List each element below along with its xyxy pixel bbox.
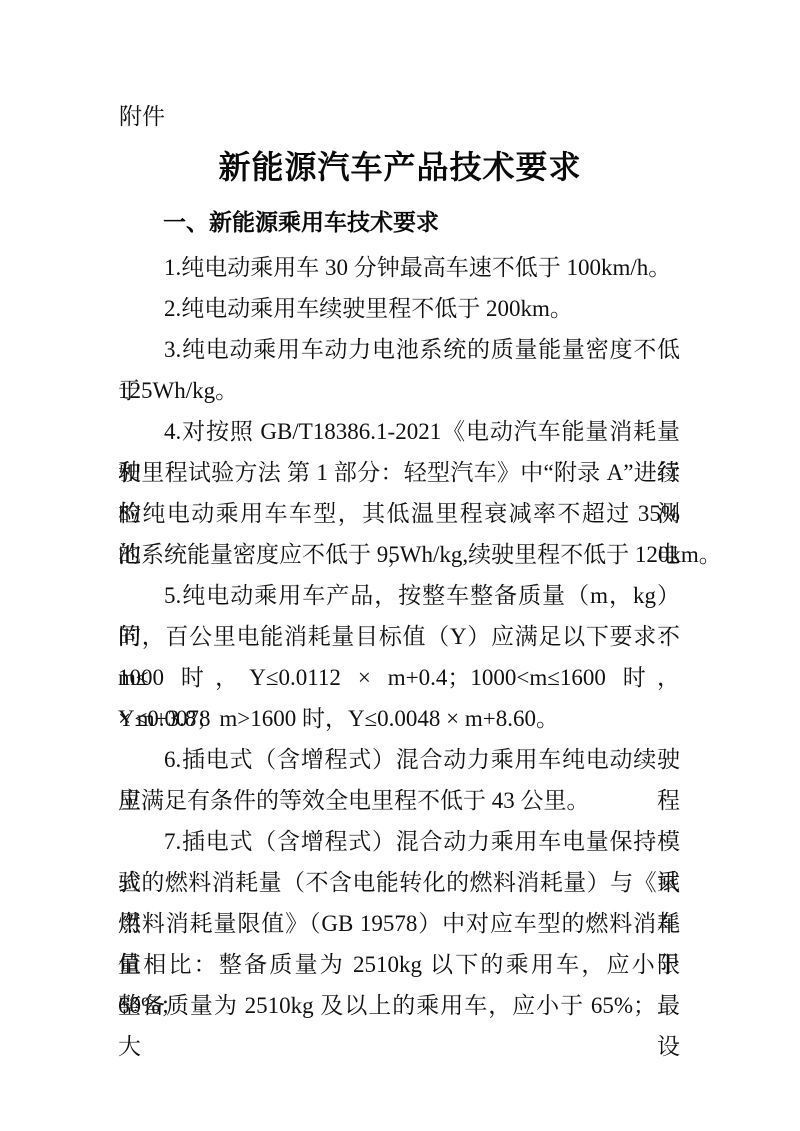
paragraph-6-line-1: 6.插电式（含增程式）混合动力乘用车纯电动续驶里程 [118, 739, 680, 780]
paragraph-7-line-1: 7.插电式（含增程式）混合动力乘用车电量保持模式试 [118, 821, 680, 862]
paragraph-7-line-3: 燃料消耗量限值》（GB 19578）中对应车型的燃料消耗量限 [118, 903, 680, 944]
document-page: 附件 新能源汽车产品技术要求 一、新能源乘用车技术要求 1.纯电动乘用车 30 … [0, 0, 800, 1131]
paragraph-4-line-3: 的纯电动乘用车车型，其低温里程衰减率不超过 35%的，电 [118, 493, 680, 534]
paragraph-7-line-4: 值相比：整备质量为 2510kg 以下的乘用车，应小于 60%； [118, 944, 680, 985]
document-title: 新能源汽车产品技术要求 [0, 146, 800, 188]
paragraph-5-line-2: 同，百公里电能消耗量目标值（Y）应满足以下要求：m≤ [118, 616, 680, 657]
attachment-label: 附件 [119, 101, 165, 131]
paragraph-3-line-2: 125Wh/kg。 [118, 370, 680, 411]
paragraph-5-line-1: 5.纯电动乘用车产品，按整车整备质量（m，kg）的不 [118, 575, 680, 616]
paragraph-2-line-1: 2.纯电动乘用车续驶里程不低于 200km。 [118, 288, 680, 329]
paragraph-5-line-3: 1000 时，Y≤0.0112 × m+0.4；1000<m≤1600 时，Y≤… [118, 657, 680, 698]
paragraph-4-line-1: 4.对按照 GB/T18386.1-2021《电动汽车能量消耗量和续 [118, 411, 680, 452]
paragraph-4-line-4: 池系统能量密度应不低于 95Wh/kg,续驶里程不低于 120km。 [118, 534, 680, 575]
document-body: 1.纯电动乘用车 30 分钟最高车速不低于 100km/h。2.纯电动乘用车续驶… [118, 247, 680, 1026]
paragraph-7-line-2: 验的燃料消耗量（不含电能转化的燃料消耗量）与《乘用车 [118, 862, 680, 903]
paragraph-4-line-2: 驶里程试验方法 第 1 部分：轻型汽车》中“附录 A”进行检测 [118, 452, 680, 493]
paragraph-5-line-4: × m+3.8；m>1600 时，Y≤0.0048 × m+8.60。 [118, 698, 680, 739]
paragraph-1-line-1: 1.纯电动乘用车 30 分钟最高车速不低于 100km/h。 [118, 247, 680, 288]
paragraph-7-line-5: 整备质量为 2510kg 及以上的乘用车，应小于 65%；最大设 [118, 985, 680, 1026]
paragraph-3-line-1: 3.纯电动乘用车动力电池系统的质量能量密度不低于 [118, 329, 680, 370]
section-heading: 一、新能源乘用车技术要求 [118, 206, 680, 238]
